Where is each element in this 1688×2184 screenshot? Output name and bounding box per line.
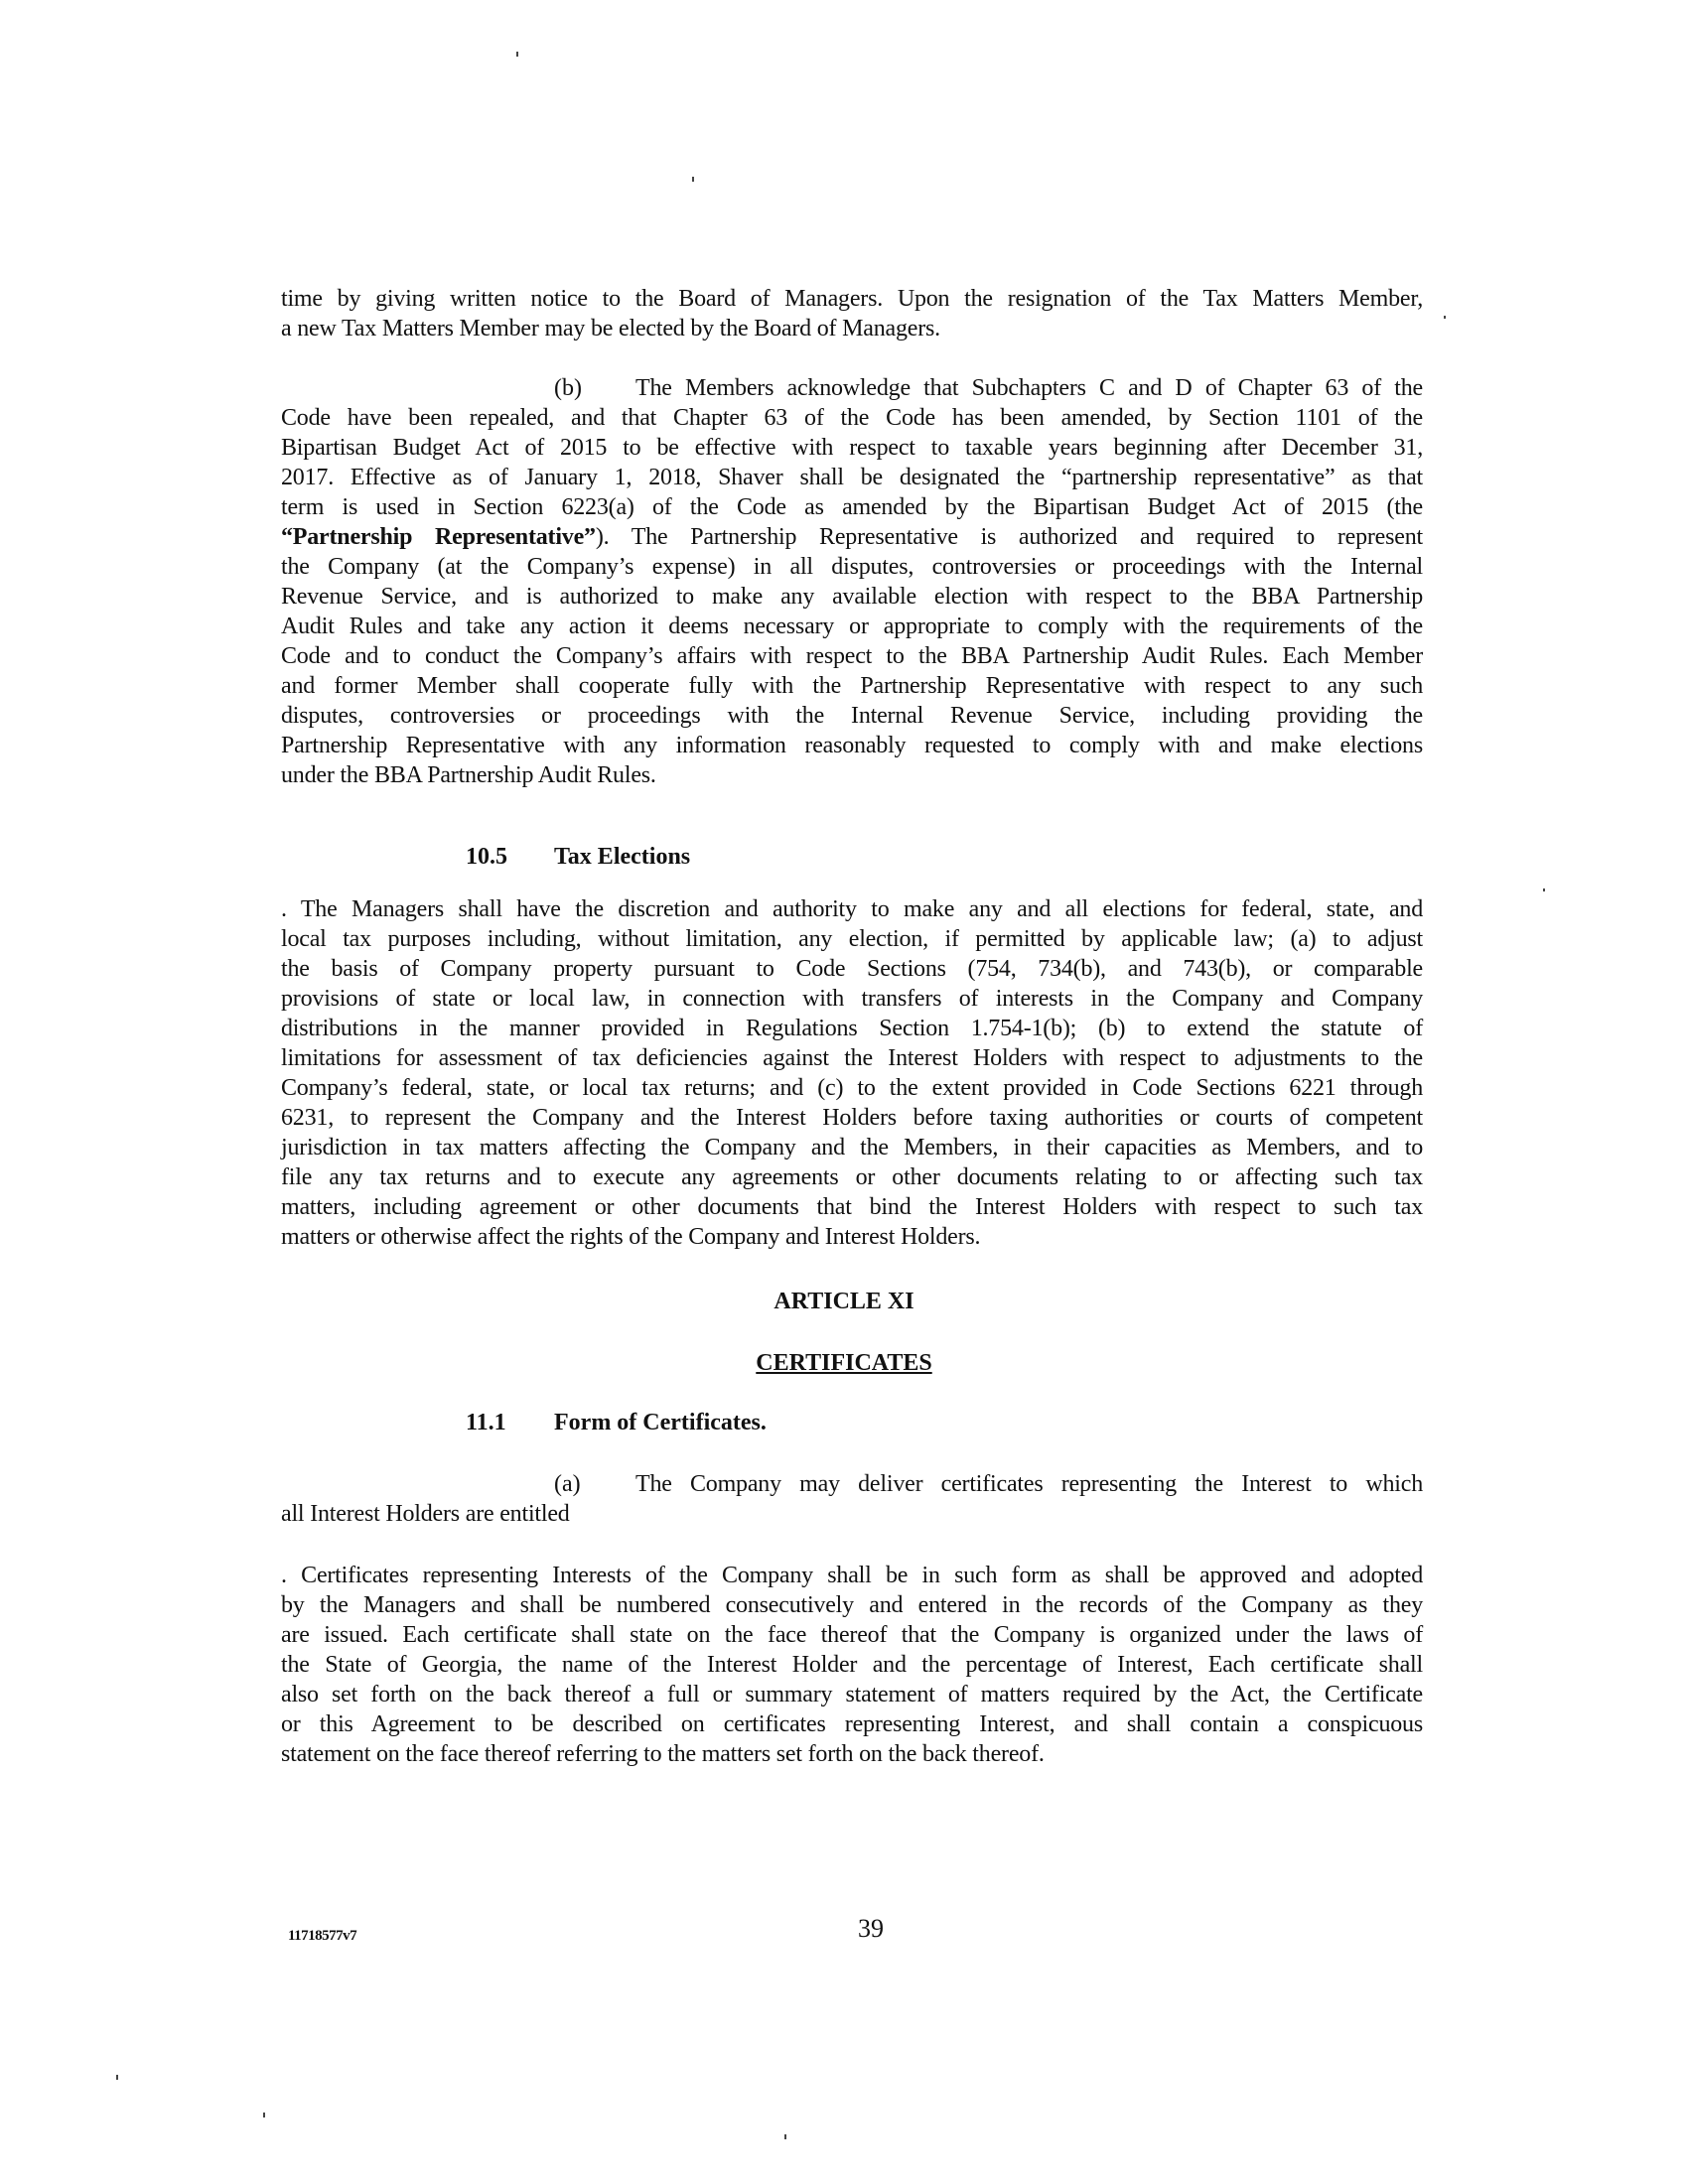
text-fragment: ). The Partnership Representative is aut… <box>596 524 1423 550</box>
text-line: 2017. Effective as of January 1, 2018, S… <box>281 463 1423 492</box>
text-line: and former Member shall cooperate fully … <box>281 671 1423 701</box>
text-line: Revenue Service, and is authorized to ma… <box>281 582 1423 612</box>
article-title-wrap: CERTIFICATES <box>0 1348 1688 1378</box>
text-line: 6231, to represent the Company and the I… <box>281 1103 1423 1133</box>
scan-speck <box>1543 888 1545 891</box>
scan-speck <box>692 177 694 182</box>
text-line: distributions in the manner provided in … <box>281 1014 1423 1043</box>
text-line: term is used in Section 6223(a) of the C… <box>281 492 1423 522</box>
text-line: Bipartisan Budget Act of 2015 to be effe… <box>281 433 1423 463</box>
text-line: statement on the face thereof referring … <box>281 1739 1423 1769</box>
scan-speck <box>516 52 518 57</box>
text-line: local tax purposes including, without li… <box>281 924 1423 954</box>
text-line: under the BBA Partnership Audit Rules. <box>281 760 1423 790</box>
text-line: Audit Rules and take any action it deems… <box>281 612 1423 641</box>
footer-document-id: 11718577v7 <box>288 1926 356 1946</box>
scan-speck <box>784 2134 786 2139</box>
text-line: are issued. Each certificate shall state… <box>281 1620 1423 1650</box>
text-line: or this Agreement to be described on cer… <box>281 1709 1423 1739</box>
text-line: jurisdiction in tax matters affecting th… <box>281 1133 1423 1162</box>
text-line: . The Managers shall have the discretion… <box>281 894 1423 924</box>
text-line: matters or otherwise affect the rights o… <box>281 1222 1423 1252</box>
text-line: the Company (at the Company’s expense) i… <box>281 552 1423 582</box>
text-line: a new Tax Matters Member may be elected … <box>281 314 1423 343</box>
defined-term: “Partnership Representative” <box>281 524 596 550</box>
paragraph-label: (b) <box>554 373 582 403</box>
article-title: CERTIFICATES <box>756 1350 931 1376</box>
text-line: The Company may deliver certificates rep… <box>635 1469 1423 1499</box>
text-line: the basis of Company property pursuant t… <box>281 954 1423 984</box>
text-line: matters, including agreement or other do… <box>281 1192 1423 1222</box>
text-line: also set forth on the back thereof a ful… <box>281 1680 1423 1709</box>
text-line: The Members acknowledge that Subchapters… <box>635 373 1423 403</box>
footer-page-number: 39 <box>858 1914 884 1944</box>
text-line: disputes, controversies or proceedings w… <box>281 701 1423 731</box>
document-page: time by giving written notice to the Boa… <box>0 0 1688 2184</box>
text-line: Company’s federal, state, or local tax r… <box>281 1073 1423 1103</box>
text-line: the State of Georgia, the name of the In… <box>281 1650 1423 1680</box>
text-line: file any tax returns and to execute any … <box>281 1162 1423 1192</box>
paragraph-label: (a) <box>554 1469 581 1499</box>
text-line: provisions of state or local law, in con… <box>281 984 1423 1014</box>
text-line: Partnership Representative with any info… <box>281 731 1423 760</box>
text-line: Code and to conduct the Company’s affair… <box>281 641 1423 671</box>
scan-speck <box>263 2113 265 2117</box>
scan-speck <box>116 2075 118 2080</box>
text-line: limitations for assessment of tax defici… <box>281 1043 1423 1073</box>
text-line-defined-term: “Partnership Representative”). The Partn… <box>281 522 1423 552</box>
section-title: Tax Elections <box>554 842 690 872</box>
scan-speck <box>1444 316 1446 319</box>
text-line: Code have been repealed, and that Chapte… <box>281 403 1423 433</box>
text-line: time by giving written notice to the Boa… <box>281 284 1423 314</box>
text-line: . Certificates representing Interests of… <box>281 1561 1423 1590</box>
section-number: 11.1 <box>466 1408 506 1437</box>
text-line: all Interest Holders are entitled <box>281 1499 1423 1529</box>
section-title: Form of Certificates. <box>554 1408 767 1437</box>
section-number: 10.5 <box>466 842 507 872</box>
text-line: by the Managers and shall be numbered co… <box>281 1590 1423 1620</box>
article-heading: ARTICLE XI <box>0 1287 1688 1316</box>
